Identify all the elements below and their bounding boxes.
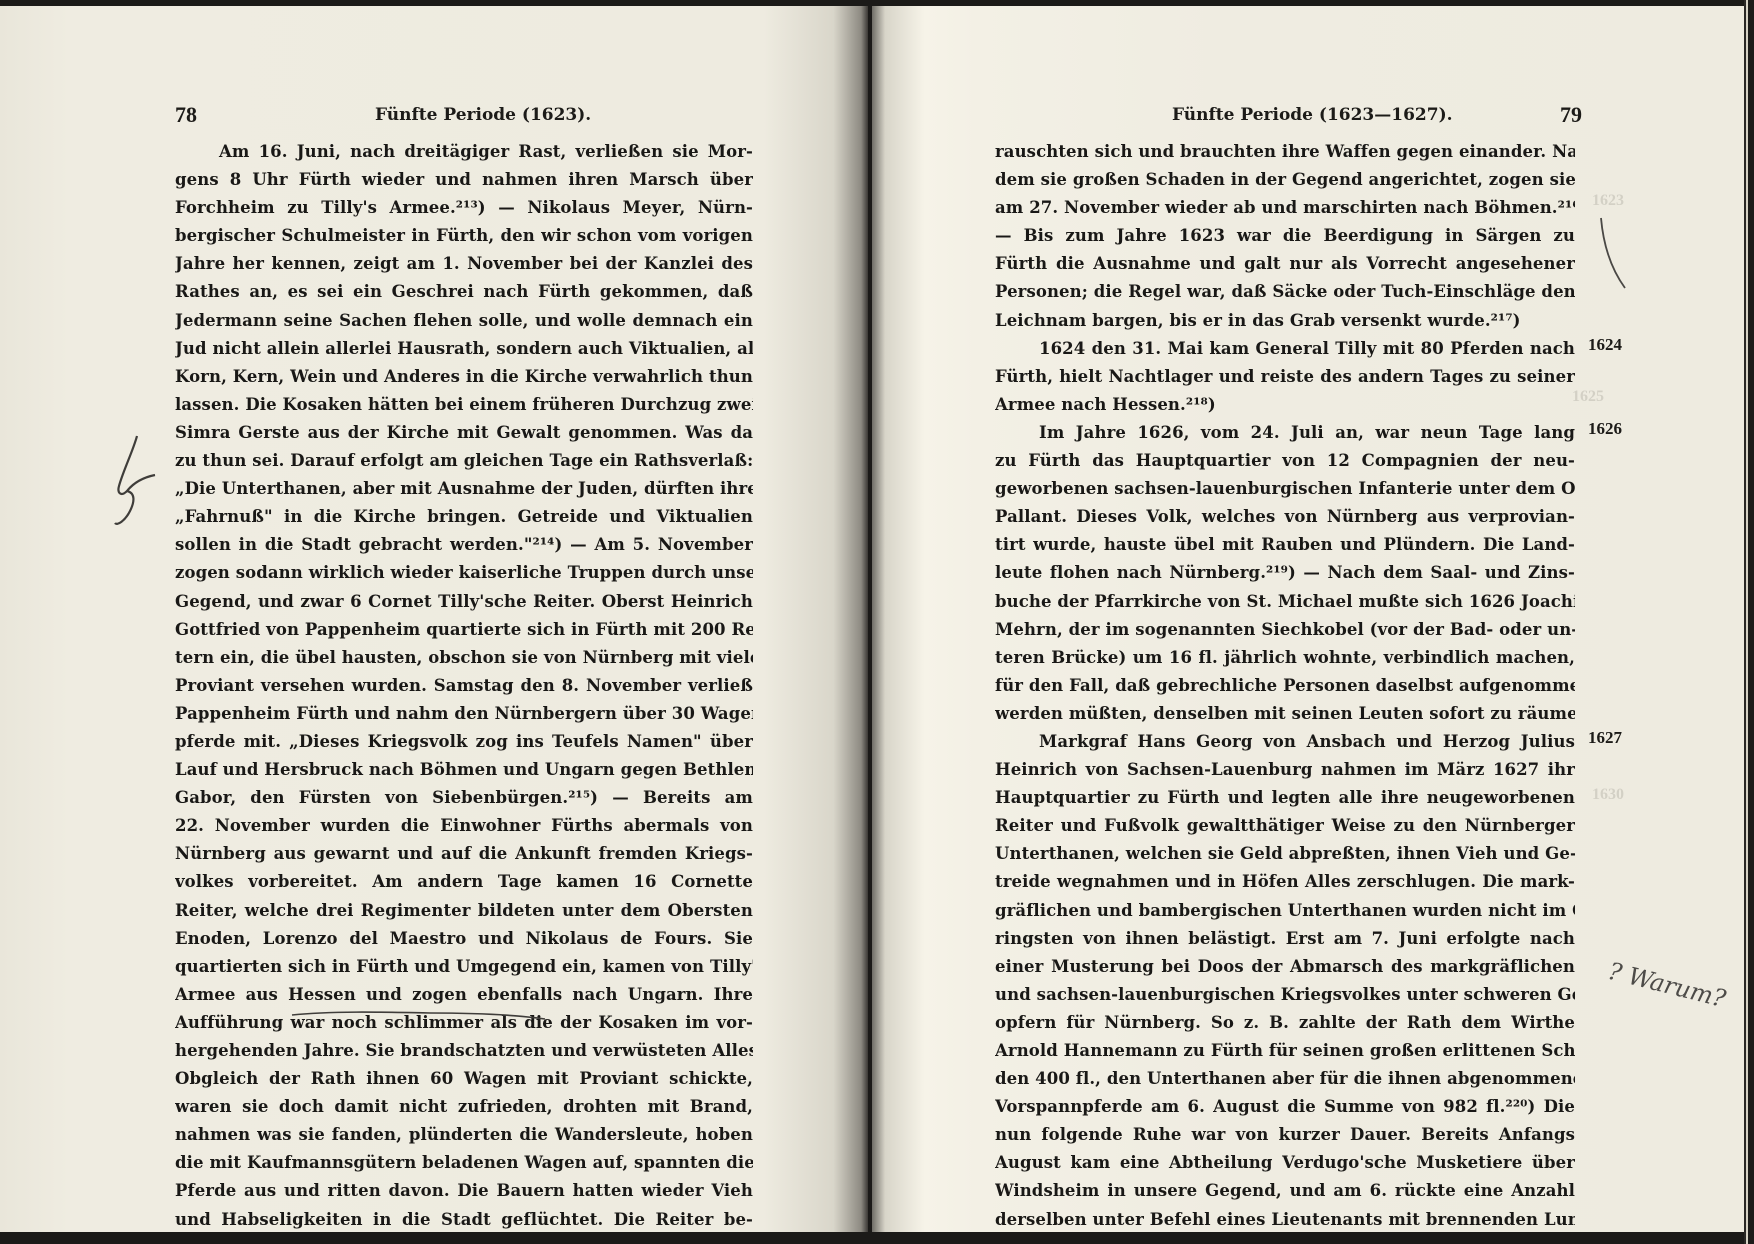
text-line: sollen in die Stadt gebracht werden."²¹⁴…	[175, 531, 753, 559]
text-line: pferde mit. „Dieses Kriegsvolk zog ins T…	[175, 728, 753, 756]
text-line: Proviant versehen wurden. Samstag den 8.…	[175, 672, 753, 700]
text-line: treide wegnahmen und in Höfen Alles zers…	[995, 868, 1575, 896]
right-page: Fünfte Periode (1623—1627). 79 1623 1625…	[872, 6, 1744, 1232]
text-line: Forchheim zu Tilly's Armee.²¹³) — Nikola…	[175, 194, 753, 222]
text-line: Unterthanen, welchen sie Geld abpreßten,…	[995, 840, 1575, 868]
text-line: für den Fall, daß gebrechliche Personen …	[995, 672, 1575, 700]
text-line: Reiter, welche drei Regimenter bildeten …	[175, 897, 753, 925]
text-line: Jedermann seine Sachen flehen solle, und…	[175, 307, 753, 335]
text-line: August kam eine Abtheilung Verdugo'sche …	[995, 1149, 1575, 1177]
text-line: und Habseligkeiten in die Stadt geflücht…	[175, 1206, 753, 1234]
text-line: Mehrn, der im sogenannten Siechkobel (vo…	[995, 616, 1575, 644]
text-line: Pappenheim Fürth und nahm den Nürnberger…	[175, 700, 753, 728]
text-line: einer Musterung bei Doos der Abmarsch de…	[995, 953, 1575, 981]
text-line: Arnold Hannemann zu Fürth für seinen gro…	[995, 1037, 1575, 1065]
bleed-through-text: 1630	[1592, 786, 1624, 804]
text-line: Vorspannpferde am 6. August die Summe vo…	[995, 1093, 1575, 1121]
bleed-through-text: 1625	[1572, 388, 1604, 406]
text-line: Jud nicht allein allerlei Hausrath, sond…	[175, 335, 753, 363]
text-line: nahmen was sie fanden, plünderten die Wa…	[175, 1121, 753, 1149]
text-line: „Fahrnuß" in die Kirche bringen. Getreid…	[175, 503, 753, 531]
text-line: ringsten von ihnen belästigt. Erst am 7.…	[995, 925, 1575, 953]
text-line: zu thun sei. Darauf erfolgt am gleichen …	[175, 447, 753, 475]
pencil-margin-mark-icon	[105, 431, 165, 531]
text-line: Gegend, und zwar 6 Cornet Tilly'sche Rei…	[175, 588, 753, 616]
text-line: rauschten sich und brauchten ihre Waffen…	[995, 138, 1575, 166]
page-number-right: 79	[1560, 102, 1582, 128]
text-line: Im Jahre 1626, vom 24. Juli an, war neun…	[995, 419, 1575, 447]
pencil-underline-icon	[290, 1007, 550, 1021]
text-line: zu Fürth das Hauptquartier von 12 Compag…	[995, 447, 1575, 475]
text-line: Armee nach Hessen.²¹⁸)	[995, 391, 1575, 419]
text-line: die mit Kaufmannsgütern beladenen Wagen …	[175, 1149, 753, 1177]
left-page-body: Am 16. Juni, nach dreitägiger Rast, verl…	[175, 138, 753, 1234]
pencil-margin-line-icon	[1597, 216, 1637, 296]
book-edge	[1744, 0, 1754, 1244]
text-line: Fürth die Ausnahme und galt nur als Vorr…	[995, 250, 1575, 278]
text-line: Leichnam bargen, bis er in das Grab vers…	[995, 307, 1575, 335]
text-line: Simra Gerste aus der Kirche mit Gewalt g…	[175, 419, 753, 447]
text-line: Korn, Kern, Wein und Anderes in die Kirc…	[175, 363, 753, 391]
text-line: tirt wurde, hauste übel mit Rauben und P…	[995, 531, 1575, 559]
text-line: leute flohen nach Nürnberg.²¹⁹) — Nach d…	[995, 559, 1575, 587]
text-line: Obgleich der Rath ihnen 60 Wagen mit Pro…	[175, 1065, 753, 1093]
text-line: Lauf und Hersbruck nach Böhmen und Ungar…	[175, 756, 753, 784]
margin-year-1626: 1626	[1588, 419, 1622, 439]
text-line: Hauptquartier zu Fürth und legten alle i…	[995, 784, 1575, 812]
text-line: tern ein, die übel hausten, obschon sie …	[175, 644, 753, 672]
text-line: Nürnberg aus gewarnt und auf die Ankunft…	[175, 840, 753, 868]
text-line: 22. November wurden die Einwohner Fürths…	[175, 812, 753, 840]
pencil-annotation: ? Warum?	[1605, 957, 1728, 1013]
text-line: Armee aus Hessen und zogen ebenfalls nac…	[175, 981, 753, 1009]
text-line: buche der Pfarrkirche von St. Michael mu…	[995, 588, 1575, 616]
text-line: Am 16. Juni, nach dreitägiger Rast, verl…	[175, 138, 753, 166]
text-line: Jahre her kennen, zeigt am 1. November b…	[175, 250, 753, 278]
text-line: dem sie großen Schaden in der Gegend ang…	[995, 166, 1575, 194]
text-line: quartierten sich in Fürth und Umgegend e…	[175, 953, 753, 981]
text-line: volkes vorbereitet. Am andern Tage kamen…	[175, 868, 753, 896]
text-line: zogen sodann wirklich wieder kaiserliche…	[175, 559, 753, 587]
right-page-body: rauschten sich und brauchten ihre Waffen…	[995, 138, 1575, 1234]
text-line: Personen; die Regel war, daß Säcke oder …	[995, 278, 1575, 306]
text-line: und sachsen-lauenburgischen Kriegsvolkes…	[995, 981, 1575, 1009]
text-line: geworbenen sachsen-lauenburgischen Infan…	[995, 475, 1575, 503]
text-line: Rathes an, es sei ein Geschrei nach Fürt…	[175, 278, 753, 306]
text-line: Reiter und Fußvolk gewaltthätiger Weise …	[995, 812, 1575, 840]
text-line: 1624 den 31. Mai kam General Tilly mit 8…	[995, 335, 1575, 363]
text-line: Markgraf Hans Georg von Ansbach und Herz…	[995, 728, 1575, 756]
running-head-right: Fünfte Periode (1623—1627).	[1172, 105, 1453, 125]
running-head-left: Fünfte Periode (1623).	[375, 105, 591, 125]
bleed-through-text: 1623	[1592, 192, 1624, 210]
text-line: werden müßten, denselben mit seinen Leut…	[995, 700, 1575, 728]
text-line: Windsheim in unsere Gegend, und am 6. rü…	[995, 1177, 1575, 1205]
text-line: — Bis zum Jahre 1623 war die Beerdigung …	[995, 222, 1575, 250]
text-line: Heinrich von Sachsen-Lauenburg nahmen im…	[995, 756, 1575, 784]
text-line: Enoden, Lorenzo del Maestro und Nikolaus…	[175, 925, 753, 953]
text-line: gens 8 Uhr Fürth wieder und nahmen ihren…	[175, 166, 753, 194]
left-page: 78 Fünfte Periode (1623). Am 16. Juni, n…	[0, 6, 868, 1232]
text-line: „Die Unterthanen, aber mit Ausnahme der …	[175, 475, 753, 503]
text-line: derselben unter Befehl eines Lieutenants…	[995, 1206, 1575, 1234]
text-line: Gabor, den Fürsten von Siebenbürgen.²¹⁵)…	[175, 784, 753, 812]
margin-year-1627: 1627	[1588, 728, 1622, 748]
text-line: Pallant. Dieses Volk, welches von Nürnbe…	[995, 503, 1575, 531]
text-line: den 400 fl., den Unterthanen aber für di…	[995, 1065, 1575, 1093]
margin-year-1624: 1624	[1588, 335, 1622, 355]
text-line: gräflichen und bambergischen Unterthanen…	[995, 897, 1575, 925]
text-line: teren Brücke) um 16 fl. jährlich wohnte,…	[995, 644, 1575, 672]
text-line: lassen. Die Kosaken hätten bei einem frü…	[175, 391, 753, 419]
text-line: bergischer Schulmeister in Fürth, den wi…	[175, 222, 753, 250]
text-line: nun folgende Ruhe war von kurzer Dauer. …	[995, 1121, 1575, 1149]
text-line: Fürth, hielt Nachtlager und reiste des a…	[995, 363, 1575, 391]
text-line: Pferde aus und ritten davon. Die Bauern …	[175, 1177, 753, 1205]
text-line: waren sie doch damit nicht zufrieden, dr…	[175, 1093, 753, 1121]
page-number-left: 78	[175, 102, 197, 128]
text-line: am 27. November wieder ab und marschirte…	[995, 194, 1575, 222]
text-line: opfern für Nürnberg. So z. B. zahlte der…	[995, 1009, 1575, 1037]
text-line: Gottfried von Pappenheim quartierte sich…	[175, 616, 753, 644]
text-line: hergehenden Jahre. Sie brandschatzten un…	[175, 1037, 753, 1065]
